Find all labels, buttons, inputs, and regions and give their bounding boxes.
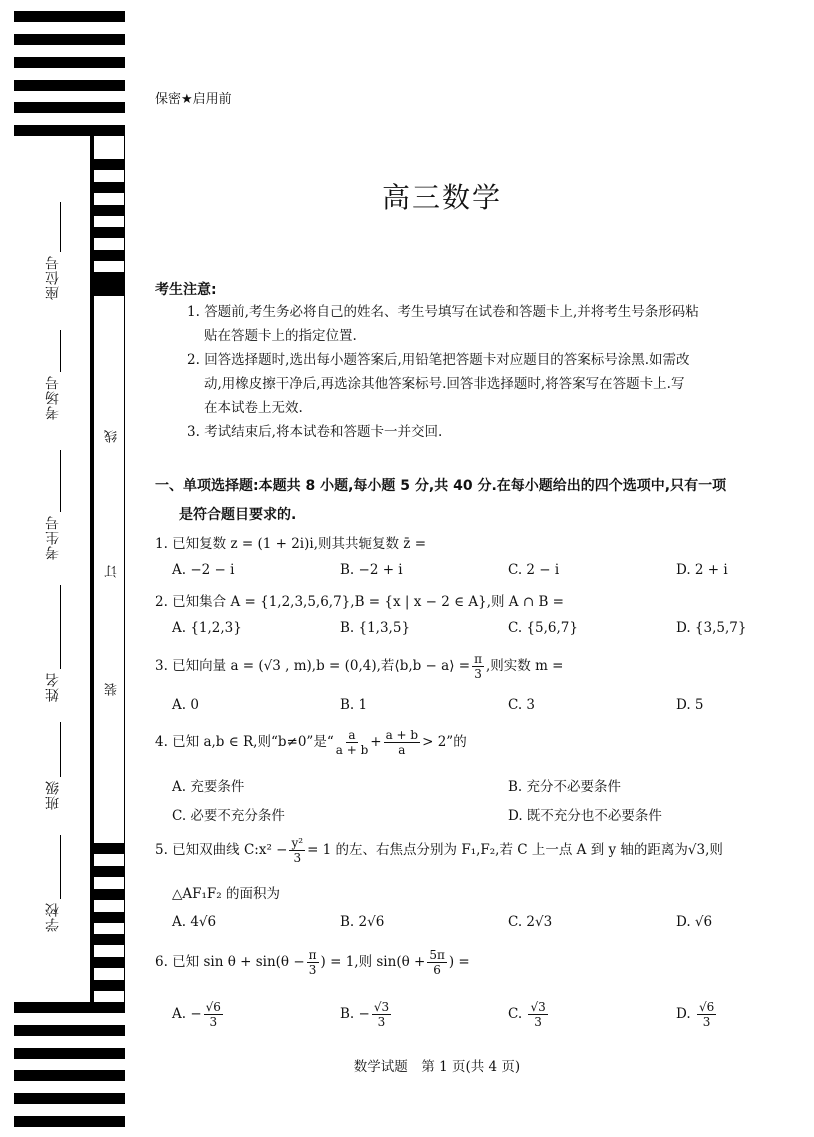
q2-option-a[interactable]: A. {1,2,3} [172, 620, 242, 636]
fraction: π3 [307, 948, 319, 977]
barcode-stripe [90, 912, 125, 923]
question-4-stem: 4. 已知 a,b ∈ R,则“b≠0”是“aa + b+a + ba> 2”的 [155, 728, 467, 757]
page-footer: 数学试题 第 1 页(共 4 页) [60, 1055, 814, 1075]
fraction: √33 [372, 1000, 391, 1029]
q4-option-b[interactable]: B. 充分不必要条件 [508, 775, 621, 795]
barcode-stripe [14, 80, 125, 91]
q6-option-a[interactable]: A. −√63 [172, 1000, 225, 1029]
seat-number-label: 座位号 [43, 255, 63, 300]
barcode-stripe [14, 1002, 125, 1013]
q1-option-a[interactable]: A. −2 − i [172, 562, 234, 578]
name-label: 姓名 [43, 672, 63, 702]
barcode-stripe [90, 159, 125, 170]
q2-option-c[interactable]: C. {5,6,7} [508, 620, 578, 636]
fraction: √63 [697, 1000, 716, 1029]
fraction: y²3 [289, 836, 305, 865]
barcode-stripe [90, 843, 125, 854]
barcode-stripe [14, 34, 125, 45]
notice-item-cont: 贴在答题卡上的指定位置. [187, 324, 802, 348]
barcode-stripe [90, 957, 125, 968]
q5-option-b[interactable]: B. 2√6 [340, 914, 384, 930]
name-blank[interactable] [60, 585, 61, 669]
barcode-stripe [14, 1025, 125, 1036]
notice-item-cont: 动,用橡皮擦干净后,再选涂其他答案标号.回答非选择题时,将答案写在答题卡上.写 [187, 372, 802, 396]
q4-option-c[interactable]: C. 必要不充分条件 [172, 804, 285, 824]
barcode-stripe [14, 57, 125, 68]
fraction: √63 [204, 1000, 223, 1029]
q4-option-a[interactable]: A. 充要条件 [172, 775, 244, 795]
section-heading: 一、单项选择题:本题共 8 小题,每小题 5 分,共 40 分.在每小题给出的四… [155, 472, 800, 530]
q5-option-a[interactable]: A. 4√6 [172, 914, 216, 930]
barcode-stripe [14, 11, 125, 22]
question-3-stem: 3. 已知向量 a = (√3 , m),b = (0,4),若⟨b,b − a… [155, 652, 563, 681]
question-5-stem-cont: △AF₁F₂ 的面积为 [172, 882, 280, 902]
notice-item-cont: 在本试卷上无效. [187, 396, 802, 420]
bind-word-bind: 装 [103, 683, 122, 696]
barcode-stripe [90, 227, 125, 238]
question-5-stem: 5. 已知双曲线 C:x² −y²3= 1 的左、右焦点分别为 F₁,F₂,若 … [155, 836, 723, 865]
barcode-stripe [90, 934, 125, 945]
barcode-stripe [90, 866, 125, 877]
class-blank[interactable] [60, 722, 61, 777]
q2-option-b[interactable]: B. {1,3,5} [340, 620, 410, 636]
q3-option-a[interactable]: A. 0 [172, 697, 199, 713]
candidate-number-blank[interactable] [60, 450, 61, 512]
barcode-stripe [14, 1093, 125, 1104]
q6-option-d[interactable]: D. √63 [676, 1000, 718, 1029]
question-2-stem: 2. 已知集合 A = {1,2,3,5,6,7},B = {x | x − 2… [155, 590, 564, 610]
notice-heading: 考生注意: [155, 279, 217, 299]
q1-option-c[interactable]: C. 2 − i [508, 562, 559, 578]
fraction: a + ba [384, 728, 421, 757]
question-1-stem: 1. 已知复数 z = (1 + 2i)i,则其共轭复数 z̄ = [155, 532, 426, 552]
confidential-mark: 保密★启用前 [155, 88, 232, 107]
q5-option-c[interactable]: C. 2√3 [508, 914, 552, 930]
bind-word-staple: 订 [103, 565, 122, 578]
barcode-stripe [14, 102, 125, 113]
barcode-stripe [14, 125, 125, 136]
q6-option-b[interactable]: B. −√33 [340, 1000, 393, 1029]
q4-option-d[interactable]: D. 既不充分也不必要条件 [508, 804, 662, 824]
school-blank[interactable] [60, 835, 61, 899]
fraction: aa + b [336, 728, 369, 757]
q2-option-d[interactable]: D. {3,5,7} [676, 620, 746, 636]
notice-list: 1. 答题前,考生务必将自己的姓名、考生号填写在试卷和答题卡上,并将考生号条形码… [187, 300, 802, 444]
exam-room-blank[interactable] [60, 330, 61, 372]
bind-word-line: 线 [103, 430, 122, 443]
notice-item: 1. 答题前,考生务必将自己的姓名、考生号填写在试卷和答题卡上,并将考生号条形码… [187, 300, 802, 324]
barcode-stripe [14, 1116, 125, 1127]
q3-option-d[interactable]: D. 5 [676, 697, 704, 713]
exam-room-label: 考场号 [43, 375, 63, 420]
fraction: √33 [528, 1000, 547, 1029]
barcode-stripe [90, 250, 125, 261]
q3-option-c[interactable]: C. 3 [508, 697, 535, 713]
candidate-number-label: 考生号 [43, 515, 63, 560]
q5-option-d[interactable]: D. √6 [676, 914, 712, 930]
notice-item: 3. 考试结束后,将本试卷和答题卡一并交回. [187, 420, 802, 444]
q1-option-d[interactable]: D. 2 + i [676, 562, 728, 578]
q3-option-b[interactable]: B. 1 [340, 697, 367, 713]
notice-item: 2. 回答选择题时,选出每小题答案后,用铅笔把答题卡对应题目的答案标号涂黑.如需… [187, 348, 802, 372]
school-label: 学校 [43, 902, 63, 932]
question-6-stem: 6. 已知 sin θ + sin(θ −π3) = 1,则 sin(θ +5π… [155, 948, 470, 977]
fraction: 5π6 [427, 948, 447, 977]
q6-option-c[interactable]: C. √33 [508, 1000, 550, 1029]
q1-option-b[interactable]: B. −2 + i [340, 562, 403, 578]
class-label: 班级 [43, 780, 63, 810]
seat-number-blank[interactable] [60, 202, 61, 252]
page-title: 高三数学 [70, 176, 814, 216]
barcode-stripe [90, 272, 125, 296]
fraction: π3 [472, 652, 484, 681]
barcode-stripe [90, 980, 125, 991]
barcode-stripe [90, 889, 125, 900]
